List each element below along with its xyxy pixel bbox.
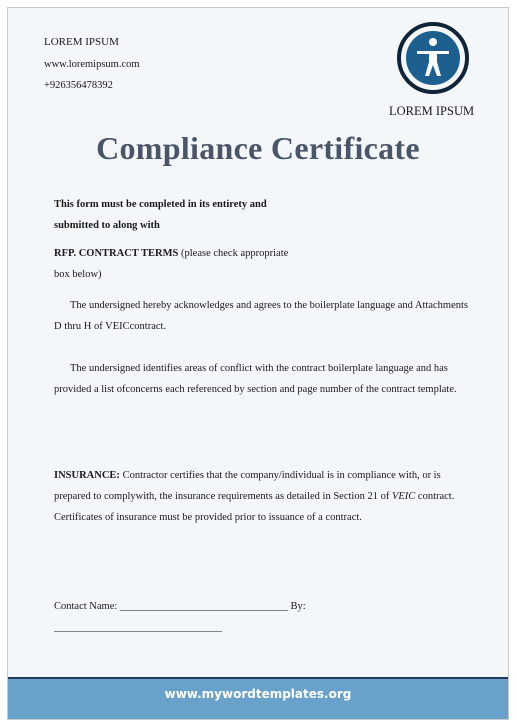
rfp-rest: (please check appropriate <box>178 248 288 259</box>
rfp-line-1: RFP. CONTRACT TERMS (please check approp… <box>54 243 288 264</box>
conflict-paragraph: The undersigned identifies areas of conf… <box>54 358 479 400</box>
contact-name-field[interactable]: Contact Name: __________________________… <box>54 596 306 617</box>
acknowledge-paragraph: The undersigned hereby acknowledges and … <box>54 295 474 337</box>
accessibility-person-icon <box>397 22 469 94</box>
logo-caption: LOREM IPSUM <box>389 104 474 119</box>
rfp-label: RFP. CONTRACT TERMS <box>54 248 178 259</box>
footer-url[interactable]: www.mywordtemplates.org <box>165 687 352 701</box>
signature-line[interactable]: ________________________________ <box>54 617 222 638</box>
intro-line-2: submitted to along with <box>54 215 160 236</box>
certificate-page: LOREM IPSUM www.loremipsum.com +92635647… <box>7 7 509 720</box>
org-phone: +926356478392 <box>44 80 113 91</box>
rfp-line-2: box below) <box>54 264 102 285</box>
org-name: LOREM IPSUM <box>44 36 119 48</box>
insurance-label: INSURANCE: <box>54 470 120 481</box>
conflict-text: The undersigned identifies areas of conf… <box>54 363 457 395</box>
insurance-paragraph: INSURANCE: Contractor certifies that the… <box>54 465 479 528</box>
page-title: Compliance Certificate <box>8 130 508 167</box>
insurance-italic: VEIC <box>392 491 415 502</box>
acknowledge-text: The undersigned hereby acknowledges and … <box>54 300 468 332</box>
footer-banner: www.mywordtemplates.org <box>8 677 508 719</box>
org-website: www.loremipsum.com <box>44 59 140 70</box>
intro-line-1: This form must be completed in its entir… <box>54 194 267 215</box>
